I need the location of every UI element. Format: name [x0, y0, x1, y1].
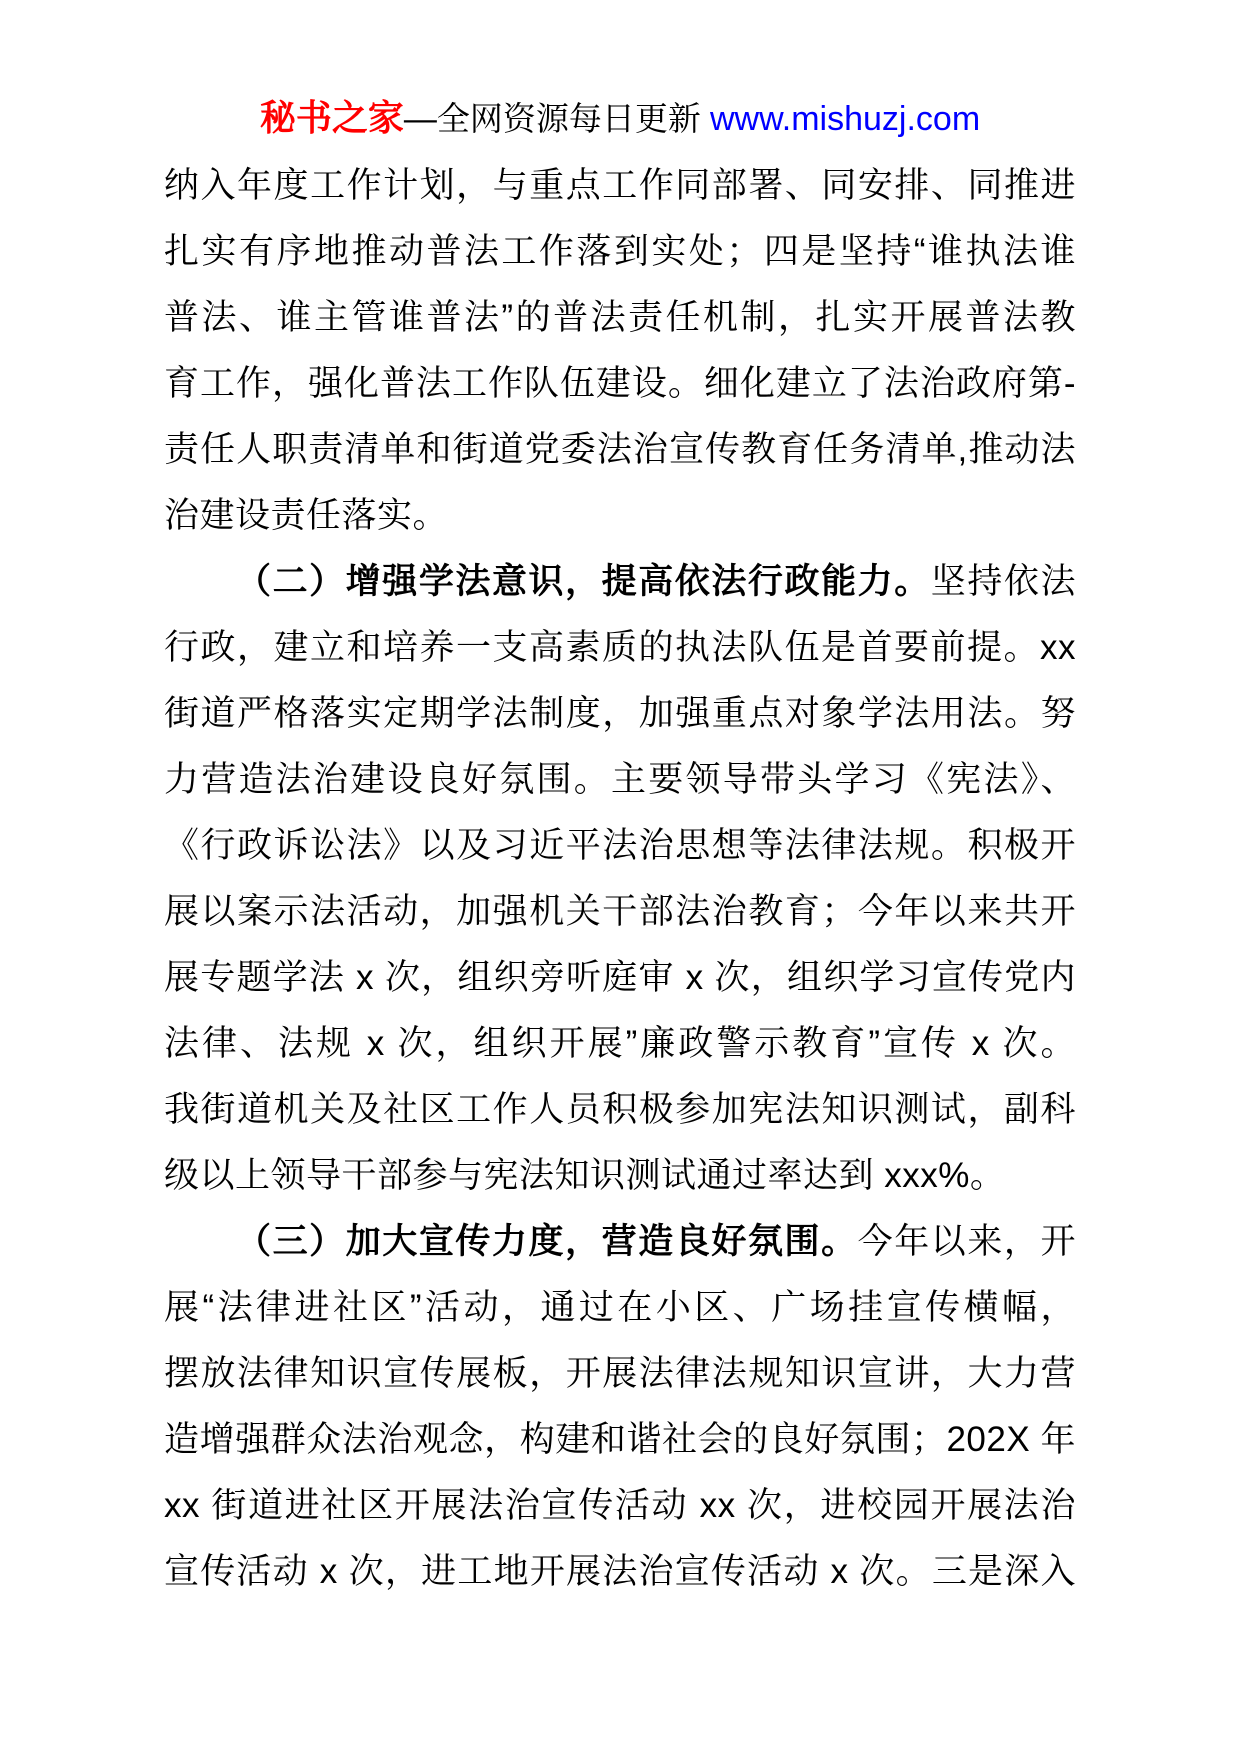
doc-line: 法律、法规 x 次，组织开展”廉政警示教育”宣传 x 次。 — [164, 1011, 1076, 1077]
site-tagline: —全网资源每日更新 — [404, 100, 710, 137]
doc-line: 扎实有序地推动普法工作落到实处；四是坚持“谁执法谁 — [164, 219, 1076, 285]
doc-line: 责任人职责清单和街道党委法治宣传教育任务清单,推动法 — [164, 417, 1076, 483]
doc-line: 街道严格落实定期学法制度，加强重点对象学法用法。努 — [164, 681, 1076, 747]
doc-line: 展以案示法活动，加强机关干部法治教育；今年以来共开 — [164, 879, 1076, 945]
site-url-link[interactable]: www.mishuzj.com — [710, 100, 980, 138]
doc-line: 治建设责任落实。 — [164, 483, 1076, 549]
site-name: 秘书之家 — [260, 97, 404, 138]
section-heading-3: （三）加大宣传力度，营造良好氛围。 — [236, 1222, 858, 1261]
doc-line: 《行政诉讼法》以及习近平法治思想等法律法规。积极开 — [164, 813, 1076, 879]
doc-line: 展专题学法 x 次，组织旁听庭审 x 次，组织学习宣传党内 — [164, 945, 1076, 1011]
doc-line: 纳入年度工作计划，与重点工作同部署、同安排、同推进 — [164, 153, 1076, 219]
doc-line: 级以上领导干部参与宪法知识测试通过率达到 xxx%。 — [164, 1143, 1076, 1209]
doc-line: （三）加大宣传力度，营造良好氛围。今年以来，开 — [164, 1209, 1076, 1275]
doc-line: 摆放法律知识宣传展板，开展法律法规知识宣讲，大力营 — [164, 1341, 1076, 1407]
page-header: 秘书之家—全网资源每日更新 www.mishuzj.com — [0, 96, 1240, 141]
document-body: 纳入年度工作计划，与重点工作同部署、同安排、同推进 扎实有序地推动普法工作落到实… — [164, 153, 1076, 1605]
doc-text: 坚持依法 — [931, 562, 1076, 601]
doc-line: 展“法律进社区”活动，通过在小区、广场挂宣传横幅， — [164, 1275, 1076, 1341]
doc-line: 行政，建立和培养一支高素质的执法队伍是首要前提。xx — [164, 615, 1076, 681]
doc-line: 育工作，强化普法工作队伍建设。细化建立了法治政府第- — [164, 351, 1076, 417]
doc-line: 我街道机关及社区工作人员积极参加宪法知识测试，副科 — [164, 1077, 1076, 1143]
doc-line: 宣传活动 x 次，进工地开展法治宣传活动 x 次。三是深入 — [164, 1539, 1076, 1605]
doc-line: 造增强群众法治观念，构建和谐社会的良好氛围；202X 年 — [164, 1407, 1076, 1473]
doc-line: 力营造法治建设良好氛围。主要领导带头学习《宪法》、 — [164, 747, 1076, 813]
doc-text: 今年以来，开 — [858, 1222, 1076, 1261]
doc-line: 普法、谁主管谁普法”的普法责任机制，扎实开展普法教 — [164, 285, 1076, 351]
section-heading-2: （二）增强学法意识，提高依法行政能力。 — [236, 562, 931, 601]
doc-line: xx 街道进社区开展法治宣传活动 xx 次，进校园开展法治 — [164, 1473, 1076, 1539]
doc-line: （二）增强学法意识，提高依法行政能力。坚持依法 — [164, 549, 1076, 615]
document-page: 秘书之家—全网资源每日更新 www.mishuzj.com 纳入年度工作计划，与… — [0, 0, 1240, 1754]
